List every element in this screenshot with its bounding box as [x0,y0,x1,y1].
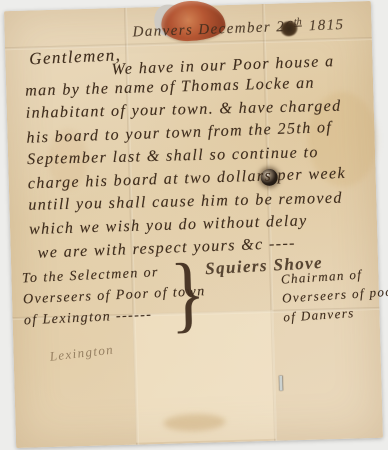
letter-paper: Danvers December 26th1815 Gentlemen, We … [4,1,383,448]
body-line: inhabitant of your town. & have charged [26,98,342,123]
dateline-year: 1815 [309,17,345,34]
scanned-letter-page: { "document_type": "handwritten letter s… [0,0,388,450]
paper-slit [279,376,282,391]
body-line: his board to your town from the 25th of [26,119,332,148]
body-line: untill you shall cause him to be removed [28,190,343,215]
signer-title-block: Chairman of Overseers of poor of Danvers [280,262,388,326]
dateline-day-suffix: th [294,16,302,27]
body-line: man by the name of Thomas Locke an [25,75,315,101]
dateline-place-month-day: Danvers December 26 [132,19,294,41]
address-brace: } [169,245,207,344]
docket-note: Lexington [49,342,115,365]
salutation: Gentlemen, [29,45,122,69]
